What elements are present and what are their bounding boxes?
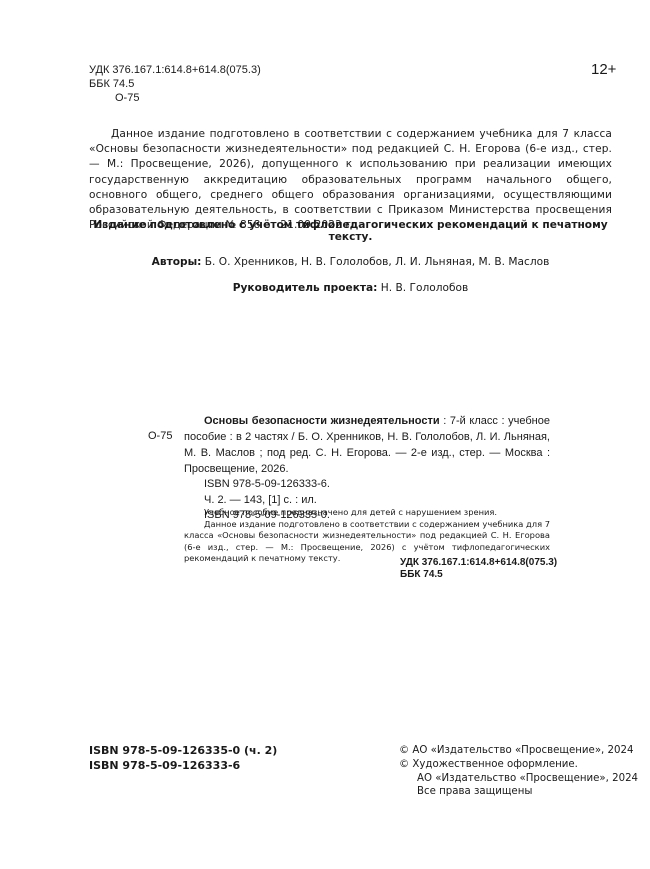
udk-code: УДК 376.167.1:614.8+614.8(075.3) (89, 63, 261, 77)
footer-isbn-line: ISBN 978-5-09-126335-0 (ч. 2) (89, 744, 277, 759)
classification-header: УДК 376.167.1:614.8+614.8(075.3) ББК 74.… (89, 63, 261, 105)
catalog-card-code: О-75 (148, 430, 172, 442)
catalog-card-part: Ч. 2. — 143, [1] с. : ил. (184, 493, 550, 509)
project-lead-line: Руководитель проекта: Н. В. Гололобов (89, 282, 612, 294)
bbk-code: ББК 74.5 (89, 77, 261, 91)
catalog-card-classification: УДК 376.167.1:614.8+614.8(075.3) ББК 74.… (400, 557, 557, 581)
copyright-line: Все права защищены (399, 785, 638, 799)
copyright-line: © Художественное оформление. (399, 758, 638, 772)
project-lead-label: Руководитель проекта: (233, 282, 378, 294)
catalog-card-isbn-set: ISBN 978-5-09-126333-6. (184, 477, 550, 493)
authors-line: Авторы: Б. О. Хренников, Н. В. Гололобов… (89, 256, 612, 268)
catalog-card-note-1: Учебное пособие предназначено для детей … (184, 507, 550, 519)
copyright-line: АО «Издательство «Просвещение», 2024 (399, 772, 638, 786)
authors-value: Б. О. Хренников, Н. В. Гололобов, Л. И. … (205, 256, 550, 268)
intro-paragraph: Данное издание подготовлено в соответств… (89, 127, 612, 233)
copyright-block: © АО «Издательство «Просвещение», 2024 ©… (399, 744, 638, 799)
author-code: О-75 (89, 91, 261, 105)
catalog-card-title: Основы безопасности жизнедеятельности (204, 415, 440, 427)
catalog-card-description: Основы безопасности жизнедеятельности : … (184, 413, 550, 477)
tiflo-note: Издание подготовлено с учётом тифлопедаг… (89, 219, 612, 243)
age-rating: 12+ (591, 61, 616, 78)
authors-label: Авторы: (152, 256, 202, 268)
catalog-card-bbk: ББК 74.5 (400, 569, 557, 581)
footer-isbn-line: ISBN 978-5-09-126333-6 (89, 759, 277, 774)
copyright-line: © АО «Издательство «Просвещение», 2024 (399, 744, 638, 758)
catalog-card-udk: УДК 376.167.1:614.8+614.8(075.3) (400, 557, 557, 569)
project-lead-value: Н. В. Гололобов (381, 282, 468, 294)
footer-isbn: ISBN 978-5-09-126335-0 (ч. 2) ISBN 978-5… (89, 744, 277, 773)
